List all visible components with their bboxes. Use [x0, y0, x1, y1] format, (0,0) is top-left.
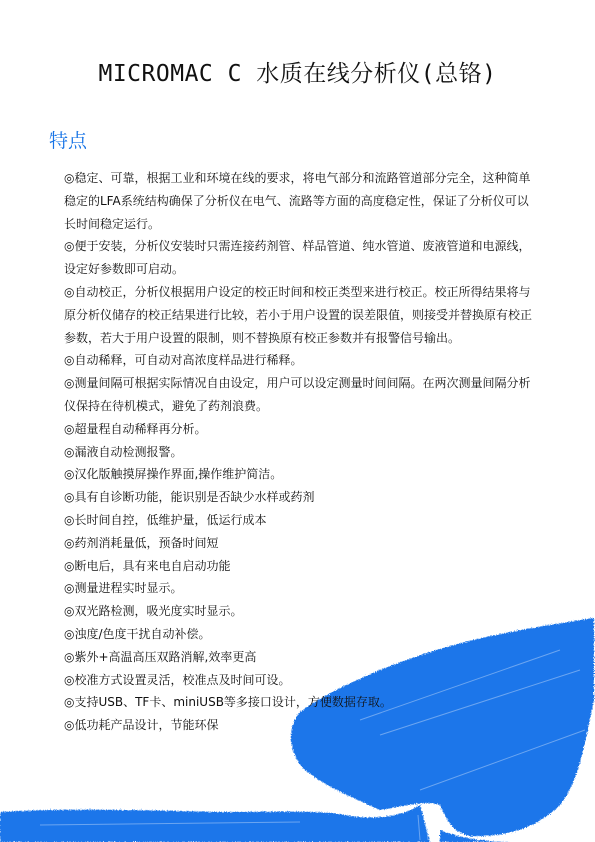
feature-item: ◎断电后，具有来电自启动功能 [64, 555, 534, 578]
feature-item: ◎低功耗产品设计，节能环保 [64, 714, 534, 737]
feature-item: ◎药剂消耗量低，预备时间短 [64, 532, 534, 555]
feature-item: ◎长时间自控，低维护量，低运行成本 [64, 509, 534, 532]
feature-list: ◎稳定、可靠，根据工业和环境在线的要求，将电气部分和流路管道部分完全，这种简单稳… [64, 167, 534, 737]
feature-item: ◎便于安装，分析仪安装时只需连接药剂管、样品管道、纯水管道、废液管道和电源线，设… [64, 235, 534, 281]
feature-item: ◎具有自诊断功能，能识别是否缺少水样或药剂 [64, 486, 534, 509]
feature-item: ◎超量程自动稀释再分析。 [64, 418, 534, 441]
feature-item: ◎紫外+高温高压双路消解,效率更高 [64, 646, 534, 669]
feature-item: ◎校准方式设置灵活，校准点及时间可设。 [64, 669, 534, 692]
feature-item: ◎浊度/色度干扰自动补偿。 [64, 623, 534, 646]
section-heading-features: 特点 [49, 126, 87, 153]
feature-item: ◎测量进程实时显示。 [64, 577, 534, 600]
page-title: MICROMAC C 水质在线分析仪(总铬) [0, 55, 595, 88]
feature-item: ◎测量间隔可根据实际情况自由设定，用户可以设定测量时间间隔。在两次测量间隔分析仪… [64, 372, 534, 418]
feature-item: ◎稳定、可靠，根据工业和环境在线的要求，将电气部分和流路管道部分完全，这种简单稳… [64, 167, 534, 235]
feature-item: ◎漏液自动检测报警。 [64, 441, 534, 464]
feature-item: ◎自动稀释，可自动对高浓度样品进行稀释。 [64, 349, 534, 372]
feature-item: ◎支持USB、TF卡、miniUSB等多接口设计，方便数据存取。 [64, 691, 534, 714]
feature-item: ◎自动校正，分析仪根据用户设定的校正时间和校正类型来进行校正。校正所得结果将与原… [64, 281, 534, 349]
feature-item: ◎汉化版触摸屏操作界面,操作维护简洁。 [64, 463, 534, 486]
feature-item: ◎双光路检测，吸光度实时显示。 [64, 600, 534, 623]
